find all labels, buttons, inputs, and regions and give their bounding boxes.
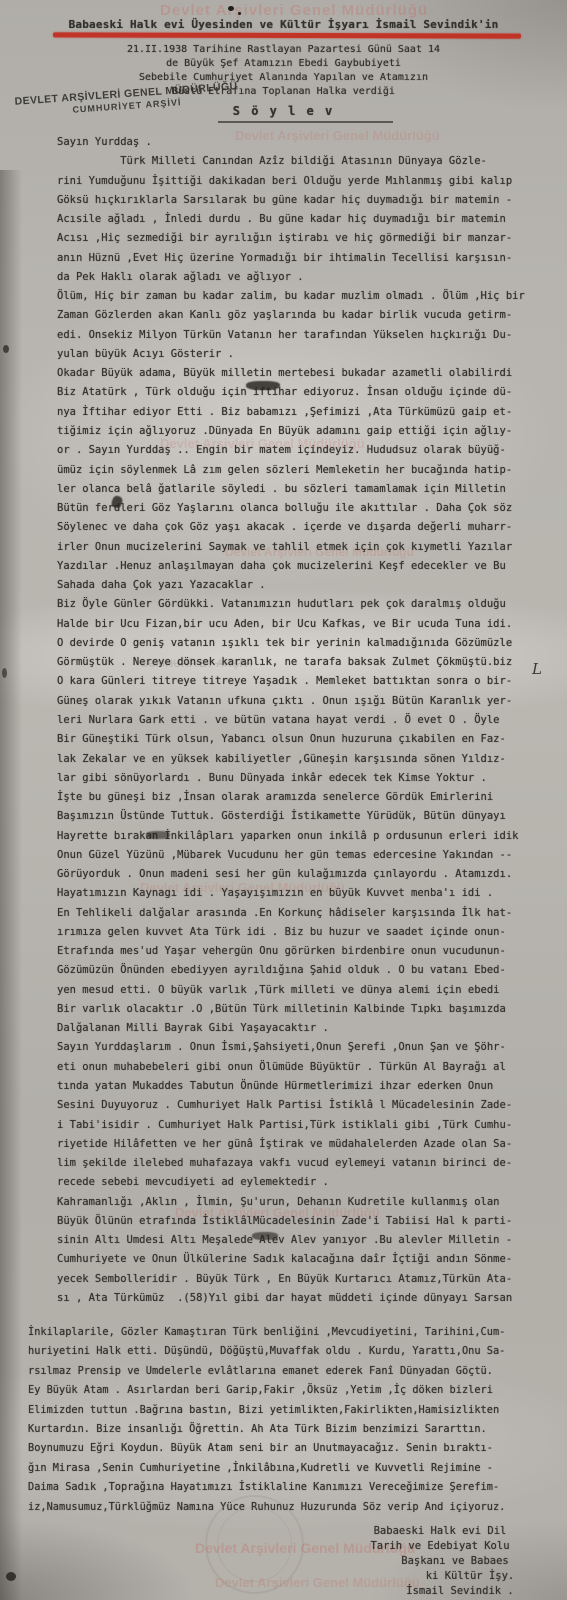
signature-block: Babaeski Halk evi Dil Tarih ve Edebiyat … bbox=[330, 1524, 550, 1599]
typewritten-line: irler Onun mucizelerini Saymak ve tahlil… bbox=[57, 538, 537, 557]
typewritten-line: Ey Büyük Atam . Asırlardan beri Garip,Fa… bbox=[28, 1381, 553, 1400]
typewritten-line: Dalğalanan Milli Bayrak Gibi Yaşayacaktı… bbox=[57, 1019, 537, 1038]
typewritten-line: sı , Ata Türkümüz .(58)Yıl gibi dar haya… bbox=[57, 1289, 537, 1308]
typewritten-line: Görmüştük . Nereye dönsek karanlık, ne t… bbox=[57, 653, 537, 672]
typewritten-line: ler olanca belâ ğatlarile söyledi . bu s… bbox=[57, 480, 537, 499]
archive-watermark: Devlet Arşivleri Genel Müdürlüğü bbox=[160, 2, 428, 19]
typewritten-line: Bir varlık olacaktır .O ,Bütün Türk mill… bbox=[57, 1000, 537, 1019]
typewritten-line: Sesini Duyuyoruz . Cumhuriyet Halk Parti… bbox=[57, 1096, 537, 1115]
typewritten-line: Daima Sadık ,Toprağına Hayatımızı İstikl… bbox=[28, 1478, 553, 1497]
typewritten-line: rsılmaz Prensip ve Umdelerle evlâtlarına… bbox=[28, 1362, 553, 1381]
ink-speck bbox=[2, 668, 7, 678]
signature-line: Tarih ve Edebiyat Kolu bbox=[330, 1539, 550, 1554]
typewritten-line: rini Yumduğunu İşittiği dakikadan beri O… bbox=[57, 172, 537, 191]
margin-annotation: L bbox=[532, 660, 542, 678]
typewritten-line: Hayrette bırakan İnkilâpları yaparken on… bbox=[57, 827, 537, 846]
typewritten-line: tında yatan Mukaddes Tabutun Önünde Hürm… bbox=[57, 1077, 537, 1096]
typewritten-line: recede sebebi mevcudiyeti ad eylemektedi… bbox=[57, 1173, 537, 1192]
typewritten-line: Acısile ağladı , İnledi durdu . Bu güne … bbox=[57, 210, 537, 229]
typewritten-line: Sayın Yurddaşlarım . Onun İsmi,Şahsiyeti… bbox=[57, 1038, 537, 1057]
typewritten-line: leri Nurlara Gark etti . ve bütün vatana… bbox=[57, 711, 537, 730]
typewritten-line: yen mesud etti. O büyük varlık ,Türk mil… bbox=[57, 981, 537, 1000]
signature-line: ki Kültür İşy. bbox=[330, 1569, 550, 1584]
typewritten-line: ğın Mirasa ,Senin Cumhuriyetine ,İnkilâb… bbox=[28, 1459, 553, 1478]
typewritten-line: Hayatımızın Kaynagı idi . Yaşayışımızın … bbox=[57, 884, 537, 903]
typewritten-line: Sahada daha Çok yazı Yazacaklar . bbox=[57, 576, 537, 595]
ink-speck bbox=[3, 345, 9, 353]
typewritten-line: i Tabi'isidir . Cumhuriyet Halk Partisi,… bbox=[57, 1116, 537, 1135]
typewritten-line: riyetide Hilâfetten ve her günâ İştirak … bbox=[57, 1135, 537, 1154]
typewritten-line: Biz Atatürk , Türk olduğu için iftihar e… bbox=[57, 383, 537, 402]
signature-line: Babaeski Halk evi Dil bbox=[330, 1524, 550, 1539]
subtitle-line: Sebebile Cumhuriyet Alanında Yapılan ve … bbox=[0, 72, 567, 83]
typewritten-line: Yazdılar .Henuz anlaşılmayan daha çok mu… bbox=[57, 557, 537, 576]
scan-edge-shadow bbox=[0, 170, 22, 1600]
typewritten-line: En Tehlikeli dalğalar arasında .En Korku… bbox=[57, 904, 537, 923]
typewritten-line: sinin Altı Umdesi Altı Meşalede Alev Ale… bbox=[57, 1231, 537, 1250]
typewritten-line: Halde bir Ucu Fizan,bir ucu Aden, bir Uc… bbox=[57, 615, 537, 634]
typewritten-line: Türk Milleti Canından Azîz bildiği Atası… bbox=[57, 152, 537, 171]
ink-speck bbox=[228, 6, 234, 11]
typewritten-line: Biz Öyle Günler Gördükki. Vatanımızın hu… bbox=[57, 595, 537, 614]
ink-blot bbox=[252, 1232, 278, 1240]
typewritten-line: Cumhuriyete ve Onun Ülkülerine Sadık kal… bbox=[57, 1250, 537, 1269]
typewritten-line: ırımıza gelen kuvvet Ata Türk idi . Biz … bbox=[57, 923, 537, 942]
document-title: Babaeski Halk evi Üyesinden ve Kültür İş… bbox=[0, 18, 567, 31]
typewritten-line: İnkilaplarile, Gözler Kamaştıran Türk be… bbox=[28, 1323, 553, 1342]
typewritten-line: Onun Güzel Yüzünü ,Mübarek Vucudunu her … bbox=[57, 846, 537, 865]
typewritten-line: Ölüm, Hiç bir zaman bu kadar zalim, bu k… bbox=[57, 287, 537, 306]
ink-speck bbox=[238, 12, 241, 15]
typewritten-line: ümüz için söylenmek Lâ zım gelen sözleri… bbox=[57, 461, 537, 480]
typewritten-line: eti onun muhabebeleri gibi onun Ölümüde … bbox=[57, 1058, 537, 1077]
document-body: Sayın Yurddaş . Türk Milleti Canından Az… bbox=[57, 133, 537, 1308]
typewritten-line: Söylenec ve daha çok Göz yaşı akacak . i… bbox=[57, 518, 537, 537]
typewritten-line: Başımızın Üstünde Tuttuk. Gösterdiği İst… bbox=[57, 807, 537, 826]
subtitle-line: 21.II.1938 Tarihine Rastlayan Pazartesi … bbox=[0, 44, 567, 55]
document-body-closing: İnkilaplarile, Gözler Kamaştıran Türk be… bbox=[28, 1323, 553, 1517]
typewritten-line: tiğimiz için ağlıyoruz .Dünyada En Büyük… bbox=[57, 422, 537, 441]
typewritten-line: yulan büyük Acıyı Gösterir . bbox=[57, 345, 537, 364]
typewritten-line: Acısı ,Hiç sezmediği bir ayrılığın iştir… bbox=[57, 229, 537, 248]
typewritten-line: Okadar Büyük adama, Büyük milletin merte… bbox=[57, 364, 537, 383]
typewritten-line: lim şekilde ilelebed muhafazaya vakfı vu… bbox=[57, 1154, 537, 1173]
typewritten-line: Zaman Gözlerden akan Kanlı göz yaşlarınd… bbox=[57, 306, 537, 325]
typewritten-line: Bütün ferdleri Göz Yaşlarını olanca boll… bbox=[57, 499, 537, 518]
typewritten-line: Etrafında mes'ud Yaşar vehergün Onu görü… bbox=[57, 942, 537, 961]
typewritten-line: Büyük Ölünün etrafında İstiklâlMücadeles… bbox=[57, 1212, 537, 1231]
typewritten-line: lak Zekalar ve en yüksek kabiliyetler ,G… bbox=[57, 750, 537, 769]
subtitle-line: de Büyük Şef Atamızın Ebedi Gaybubiyeti bbox=[0, 58, 567, 69]
typewritten-line: Gözümüzün Önünden ebediyyen ayrıldığına … bbox=[57, 961, 537, 980]
heading-underline bbox=[218, 121, 393, 123]
typewritten-line: İşte bu güneşi biz ,İnsan olarak aramızd… bbox=[57, 788, 537, 807]
typewritten-line: Elimizden tuttun .Bağrına bastın, Bizi y… bbox=[28, 1401, 553, 1420]
typewritten-line: Kahramanlığı ,Aklın , İlmin, Şu'urun, De… bbox=[57, 1193, 537, 1212]
typewritten-line: anın Hüznü ,Evet Hiç üzerine Yormadığı b… bbox=[57, 249, 537, 268]
signature-line: Başkanı ve Babaes bbox=[330, 1554, 550, 1569]
typewritten-line: Güneş olarak yıkık Vatanın ufkuna çıktı … bbox=[57, 692, 537, 711]
scanned-document-page: Devlet Arşivleri Genel Müdürlüğü Devlet … bbox=[0, 0, 567, 1600]
typewritten-line: Görüyorduk . Onun madeni sesi her gün ku… bbox=[57, 865, 537, 884]
typewritten-line: O devirde O geniş vatanın ışıklı tek bir… bbox=[57, 634, 537, 653]
signature-line: İsmail Sevindik . bbox=[330, 1584, 550, 1599]
typewritten-line: O kara Günleri titreye titreye Yaşadık .… bbox=[57, 672, 537, 691]
typewritten-line: or . Sayın Yurddaş .. Engin bir matem iç… bbox=[57, 441, 537, 460]
red-underline bbox=[53, 32, 521, 38]
ink-blot bbox=[146, 831, 170, 839]
typewritten-line: Göksü hıçkırıklarla Sarsılarak bu güne k… bbox=[57, 191, 537, 210]
typewritten-line: Kurtardın. Bize insanlığı Öğrettin. Ah A… bbox=[28, 1420, 553, 1439]
typewritten-line: nya İftihar ediyor Etti . Biz babamızı ,… bbox=[57, 403, 537, 422]
typewritten-line: da Pek Haklı olarak ağladı ve ağlıyor . bbox=[57, 268, 537, 287]
typewritten-line: lar gibi sönüyorlardı . Bunu Dünyada ink… bbox=[57, 769, 537, 788]
typewritten-line: Boynumuzu Eğri Koydun. Büyük Atam seni b… bbox=[28, 1439, 553, 1458]
typewritten-line: Sayın Yurddaş . bbox=[57, 133, 537, 152]
faint-round-seal bbox=[205, 1495, 304, 1594]
ink-speck bbox=[6, 1572, 16, 1581]
typewritten-line: yecek Sembolleridir . Büyük Türk , En Bü… bbox=[57, 1270, 537, 1289]
typewritten-line: huriyetini Halk etti. Düşündü, Döğüştü,M… bbox=[28, 1342, 553, 1361]
ink-blot bbox=[246, 381, 280, 390]
typewritten-line: edi. Onsekiz Milyon Türkün Vatanın her t… bbox=[57, 326, 537, 345]
typewritten-line: Bir Güneştiki Türk olsun, Yabancı olsun … bbox=[57, 730, 537, 749]
